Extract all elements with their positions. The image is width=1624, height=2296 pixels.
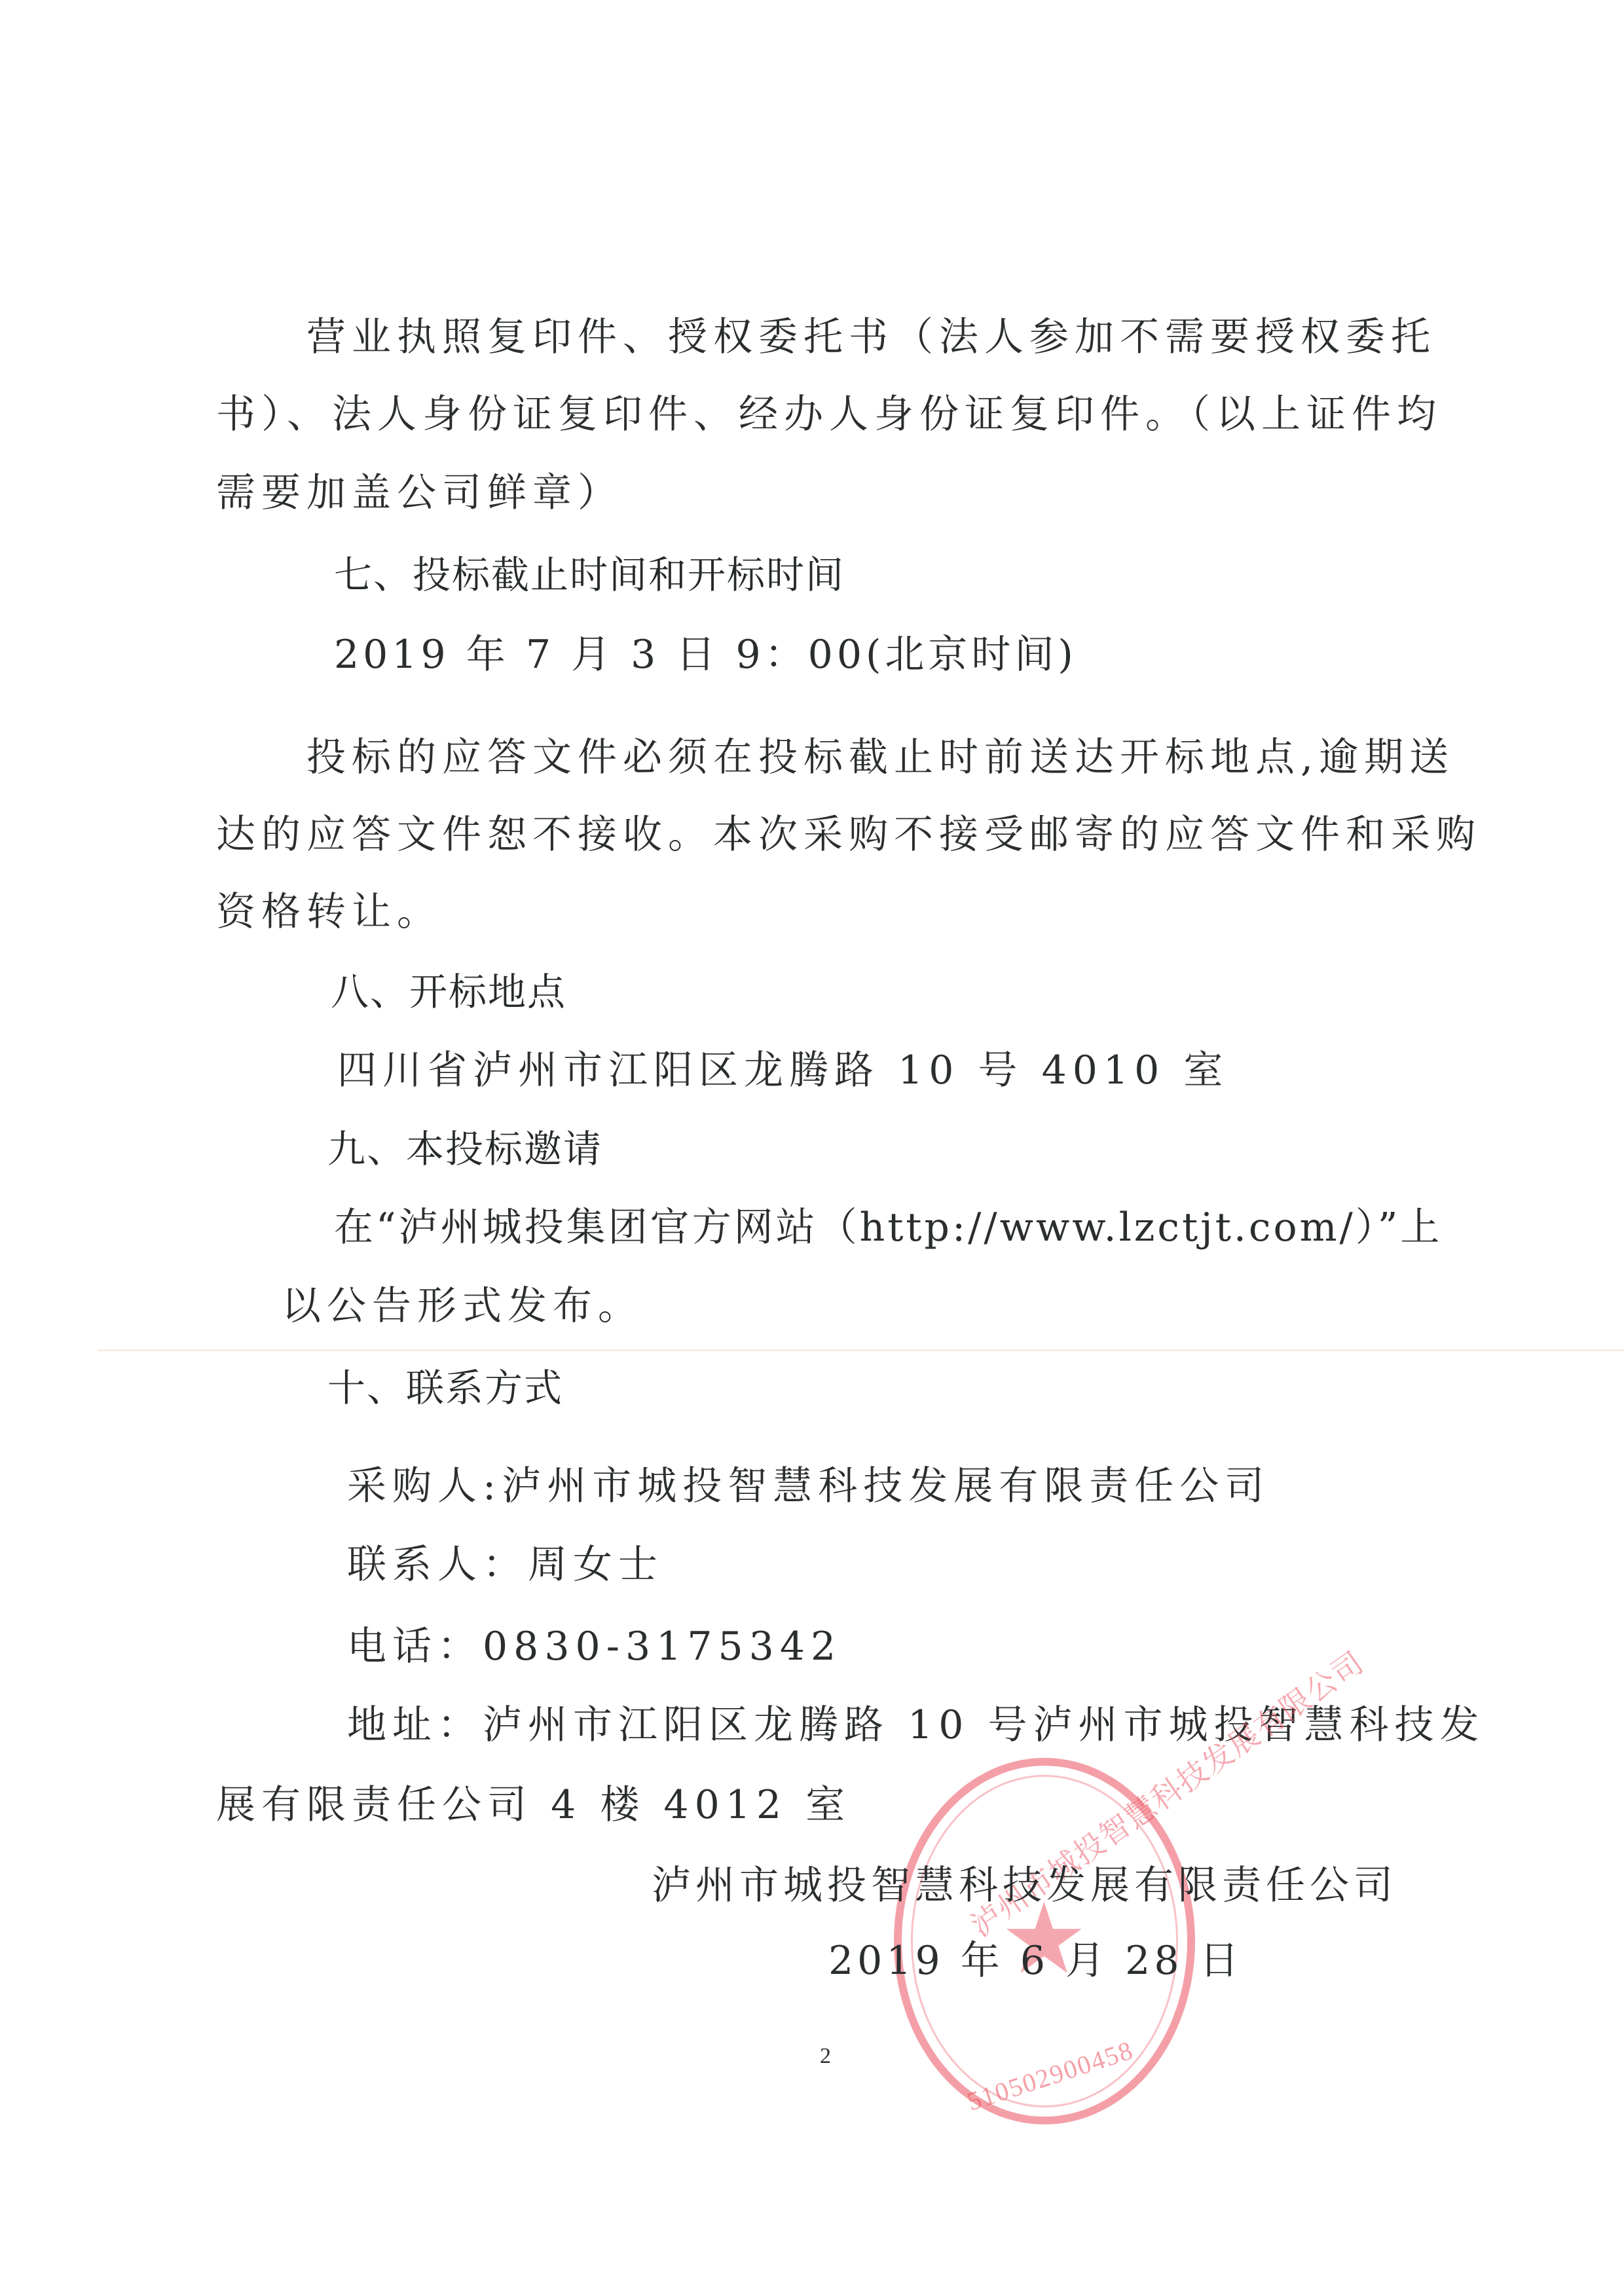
signature-company: 泸州市城投智慧科技发展有限责任公司 xyxy=(652,1863,1397,1908)
purchaser: 采购人:泸州市城投智慧科技发展有限责任公司 xyxy=(347,1463,1270,1509)
section8-heading: 八、开标地点 xyxy=(331,969,566,1015)
section9-line-1: 在“泸州城投集团官方网站（http://www.lzctjt.com/）”上 xyxy=(334,1205,1442,1250)
section10-heading: 十、联系方式 xyxy=(327,1365,563,1411)
page-number: 2 xyxy=(820,2044,831,2069)
section9-line-2: 以公告形式发布。 xyxy=(282,1283,643,1329)
section7-line-3: 资格转让。 xyxy=(216,889,442,935)
phone: 电话：0830-3175342 xyxy=(347,1624,841,1669)
signature-date: 2019 年 6 月 28 日 xyxy=(828,1938,1243,1984)
scan-artifact-line xyxy=(98,1349,1624,1351)
section9-heading: 九、本投标邀请 xyxy=(327,1126,602,1172)
docs-line-3: 需要加盖公司鲜章） xyxy=(216,470,623,516)
docs-line-2: 书）、法人身份证复印件、经办人身份证复印件。（以上证件均 xyxy=(216,392,1442,437)
section7-line-2: 达的应答文件恕不接收。本次采购不接受邮寄的应答文件和采购 xyxy=(216,812,1481,858)
docs-line-1: 营业执照复印件、授权委托书（法人参加不需要授权委托 xyxy=(306,314,1436,360)
contact-person: 联系人：周女士 xyxy=(347,1542,663,1588)
section7-heading: 七、投标截止时间和开标时间 xyxy=(334,552,845,598)
deadline-datetime: 2019 年 7 月 3 日 9：00(北京时间) xyxy=(334,632,1077,678)
address-line-2: 展有限责任公司 4 楼 4012 室 xyxy=(216,1782,851,1828)
section7-line-1: 投标的应答文件必须在投标截止时前送达开标地点,逾期送 xyxy=(306,735,1454,780)
bid-opening-address: 四川省泸州市江阳区龙腾路 10 号 4010 室 xyxy=(337,1048,1228,1093)
